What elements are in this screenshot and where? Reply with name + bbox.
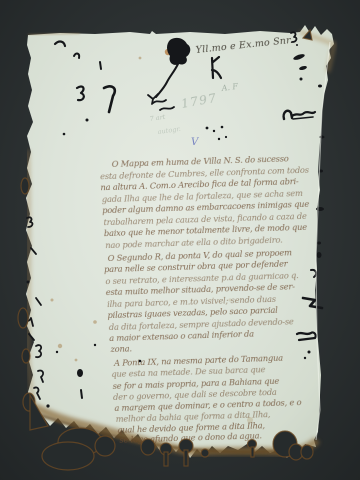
manuscript-photo: O Mappa em huma de Villa N. S. do sucess… (0, 0, 360, 480)
manuscript-photo-svg: O Mappa em huma de Villa N. S. do sucess… (0, 0, 360, 480)
manuscript-line: zona. (109, 343, 132, 354)
